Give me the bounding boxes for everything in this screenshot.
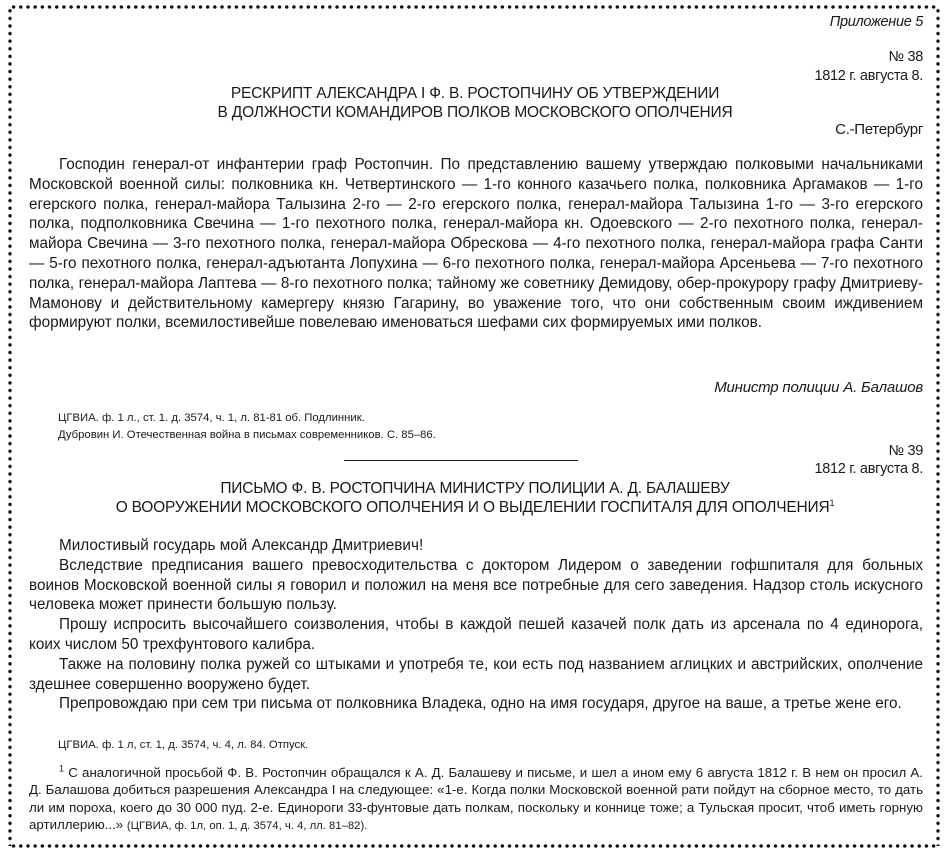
title-line: РЕСКРИПТ АЛЕКСАНДРА I Ф. В. РОСТОПЧИНУ О… xyxy=(0,84,950,103)
section-divider xyxy=(344,460,578,461)
source-notes: ЦГВИА. ф. 1 л, ст. 1, д. 3574, ч. 4, л. … xyxy=(58,737,308,754)
footnote-mark: 1 xyxy=(829,498,834,508)
paragraph: Препровождаю при сем три письма от полко… xyxy=(29,694,923,714)
title-line-text: О ВООРУЖЕНИИ МОСКОВСКОГО ОПОЛЧЕНИЯ И О В… xyxy=(116,499,830,516)
paragraph: Милостивый государь мой Александр Дмитри… xyxy=(29,536,923,556)
footnote-paragraph: 1 С аналогичной просьбой Ф. В. Ростопчин… xyxy=(29,764,923,835)
title-line: В ДОЛЖНОСТИ КОМАНДИРОВ ПОЛКОВ МОСКОВСКОГ… xyxy=(0,103,950,122)
footnote: 1 С аналогичной просьбой Ф. В. Ростопчин… xyxy=(29,764,923,835)
paragraph: Также на половину полка ружей со штыками… xyxy=(29,655,923,695)
paragraph: Прошу испросить высочайшего соизволения,… xyxy=(29,615,923,655)
paragraph: Вследствие предписания вашего превосходи… xyxy=(29,556,923,615)
document-date: 1812 г. августа 8. xyxy=(814,460,923,479)
document-number: № 39 xyxy=(888,442,923,461)
signature: Министр полиции А. Балашов xyxy=(714,379,923,396)
border-top xyxy=(10,5,938,9)
source-note: Дубровин И. Отечественная война в письма… xyxy=(58,427,436,444)
source-note: ЦГВИА. ф. 1 л., ст. 1. д. 3574, ч. 1, л.… xyxy=(58,410,436,427)
document-body: Господин генерал-от инфантерии граф Рост… xyxy=(29,155,923,333)
border-left xyxy=(8,7,12,846)
document-place: С.-Петербург xyxy=(835,121,923,138)
source-note: ЦГВИА. ф. 1 л, ст. 1, д. 3574, ч. 4, л. … xyxy=(58,737,308,754)
footnote-citation: (ЦГВИА, ф. 1л, оп. 1, д. 3574, ч. 4, лл.… xyxy=(127,820,367,832)
border-bottom xyxy=(10,844,938,848)
appendix-label: Приложение 5 xyxy=(830,14,923,30)
document-title: ПИСЬМО Ф. В. РОСТОПЧИНА МИНИСТРУ ПОЛИЦИИ… xyxy=(0,479,950,517)
title-line: О ВООРУЖЕНИИ МОСКОВСКОГО ОПОЛЧЕНИЯ И О В… xyxy=(0,498,950,517)
document-number: № 38 xyxy=(888,48,923,67)
border-right xyxy=(936,7,940,846)
document-body: Милостивый государь мой Александр Дмитри… xyxy=(29,536,923,714)
title-line: ПИСЬМО Ф. В. РОСТОПЧИНА МИНИСТРУ ПОЛИЦИИ… xyxy=(0,479,950,498)
paragraph: Господин генерал-от инфантерии граф Рост… xyxy=(29,155,923,333)
source-notes: ЦГВИА. ф. 1 л., ст. 1. д. 3574, ч. 1, л.… xyxy=(58,410,436,444)
document-title: РЕСКРИПТ АЛЕКСАНДРА I Ф. В. РОСТОПЧИНУ О… xyxy=(0,84,950,122)
